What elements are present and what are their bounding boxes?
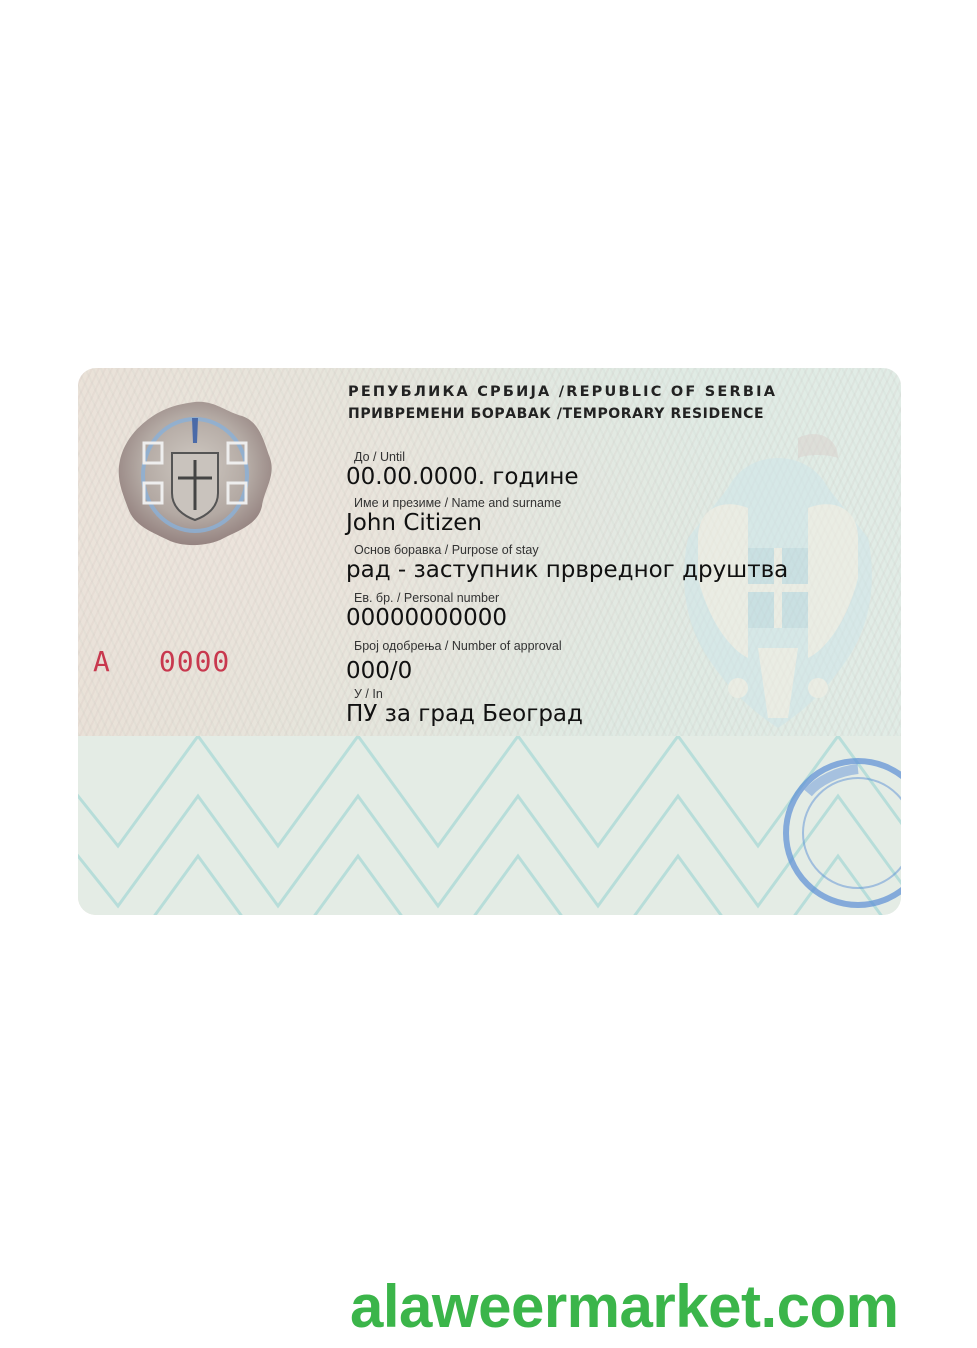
hologram-seal-icon: [114, 398, 276, 548]
site-watermark: alaweermarket.com: [350, 1272, 899, 1341]
field-label-approval-number: Број одобрења / Number of approval: [354, 639, 562, 653]
field-value-purpose: рад - заступник прврeдног друштва: [346, 557, 788, 583]
country-title: РЕПУБЛИКА СРБИЈА /REPUBLIC OF SERBIA: [348, 384, 777, 400]
field-value-approval-number: 000/0: [346, 658, 412, 684]
field-label-name: Име и презиме / Name and surname: [354, 496, 561, 510]
field-value-name: John Citizen: [346, 510, 482, 536]
field-label-until: До / Until: [354, 450, 405, 464]
serial-number: A0000: [93, 645, 230, 678]
field-value-in: ПУ за град Београд: [346, 701, 583, 727]
field-value-personal-number: 00000000000: [346, 605, 507, 631]
field-label-purpose: Основ боравка / Purpose of stay: [354, 543, 539, 557]
serial-digits: 0000: [159, 645, 230, 678]
residence-permit-card: A0000 РЕПУБЛИКА СРБИЈА /REPUBLIC OF SERB…: [78, 368, 901, 915]
field-label-in: У / In: [354, 687, 383, 701]
field-value-until: 00.00.0000. године: [346, 464, 579, 490]
field-label-personal-number: Ев. бр. / Personal number: [354, 591, 499, 605]
serial-letter: A: [93, 645, 111, 678]
serbian-coat-of-arms-icon: [668, 428, 888, 748]
official-stamp-icon: [758, 753, 901, 913]
document-title: ПРИВРЕМЕНИ БОРАВАК /TEMPORARY RESIDENCE: [348, 406, 764, 422]
